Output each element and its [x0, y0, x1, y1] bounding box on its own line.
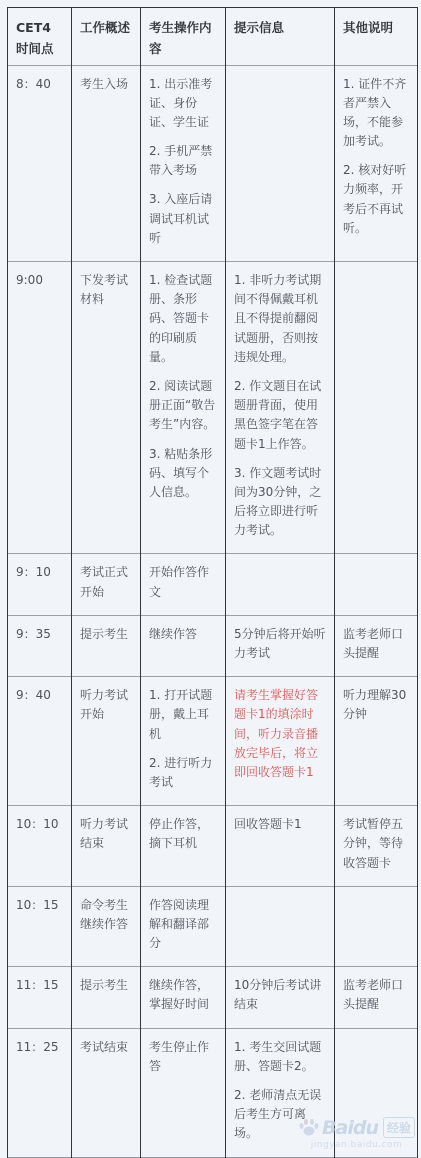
- table-row: 9：10考试正式开始开始作答作文: [8, 554, 418, 615]
- cell-time: 9：35: [8, 615, 72, 676]
- cell-notes: 1. 证件不齐者严禁入场，不能参加考试。2. 核对好听力频率，开考后不再试听。: [335, 65, 418, 262]
- table-row: 9：40听力考试开始1. 打开试题册，戴上耳机2. 进行听力考试请考生掌握好答题…: [8, 677, 418, 806]
- cell-paragraph: 1. 证件不齐者严禁入场，不能参加考试。: [343, 75, 409, 152]
- cell-paragraph: 5分钟后将开始听力考试: [234, 625, 326, 663]
- cell-paragraph: 10分钟后考试讲结束: [234, 976, 326, 1014]
- cell-actions: 1. 出示准考证、身份证、学生证2. 手机严禁带入考场3. 入座后请调试耳机试听: [141, 65, 226, 262]
- cell-prompts: 1. 非听力考试期间不得佩戴耳机且不得提前翻阅试题册，否则按违规处理。2. 作文…: [226, 262, 335, 554]
- cell-paragraph: 1. 非听力考试期间不得佩戴耳机且不得提前翻阅试题册，否则按违规处理。: [234, 271, 326, 367]
- header-overview: 工作概述: [72, 8, 141, 66]
- schedule-table-body: 8：40考生入场1. 出示准考证、身份证、学生证2. 手机严禁带入考场3. 入座…: [8, 65, 418, 1157]
- table-row: 11：15提示考生继续作答，掌握好时间10分钟后考试讲结束监考老师口头提醒: [8, 967, 418, 1028]
- cell-paragraph: 3. 粘贴条形码、填写个人信息。: [149, 445, 217, 503]
- table-row: 10：10听力考试结束停止作答，摘下耳机回收答题卡1考试暂停五分钟，等待收答题卡: [8, 806, 418, 887]
- cell-actions: 1. 检查试题册、条形码、答题卡的印刷质量。2. 阅读试题册正面“敬告考生”内容…: [141, 262, 226, 554]
- cell-paragraph: 监考老师口头提醒: [343, 625, 409, 663]
- cell-paragraph: 考试暂停五分钟，等待收答题卡: [343, 815, 409, 873]
- cell-paragraph: 1. 检查试题册、条形码、答题卡的印刷质量。: [149, 271, 217, 367]
- cell-actions: 停止作答，摘下耳机: [141, 806, 226, 887]
- cell-overview: 听力考试结束: [72, 806, 141, 887]
- cell-paragraph: 2. 手机严禁带入考场: [149, 142, 217, 180]
- table-row: 11：25考试结束考生停止作答1. 考生交回试题册、答题卡2。2. 老师清点无误…: [8, 1028, 418, 1157]
- cell-notes: 监考老师口头提醒: [335, 967, 418, 1028]
- cell-time: 9：40: [8, 677, 72, 806]
- cell-notes: 听力理解30分钟: [335, 677, 418, 806]
- header-actions: 考生操作内容: [141, 8, 226, 66]
- cell-paragraph: 请考生掌握好答题卡1的填涂时间，听力录音播放完毕后，将立即回收答题卡1: [234, 686, 326, 782]
- cell-paragraph: 1. 打开试题册，戴上耳机: [149, 686, 217, 744]
- cell-prompts: [226, 554, 335, 615]
- cell-notes: 考试暂停五分钟，等待收答题卡: [335, 806, 418, 887]
- cell-prompts: 5分钟后将开始听力考试: [226, 615, 335, 676]
- cell-paragraph: 听力理解30分钟: [343, 686, 409, 724]
- table-row: 9：35提示考生继续作答5分钟后将开始听力考试监考老师口头提醒: [8, 615, 418, 676]
- cell-time: 9：10: [8, 554, 72, 615]
- cell-time: 10：10: [8, 806, 72, 887]
- cell-time: 9:00: [8, 262, 72, 554]
- cell-paragraph: 3. 作文题考试时间为30分钟，之后将立即进行听力考试。: [234, 464, 326, 541]
- cell-overview: 考生入场: [72, 65, 141, 262]
- cell-prompts: 请考生掌握好答题卡1的填涂时间，听力录音播放完毕后，将立即回收答题卡1: [226, 677, 335, 806]
- cell-prompts: [226, 65, 335, 262]
- cell-paragraph: 2. 进行听力考试: [149, 754, 217, 792]
- cell-paragraph: 2. 核对好听力频率，开考后不再试听。: [343, 161, 409, 238]
- cell-paragraph: 3. 入座后请调试耳机试听: [149, 190, 217, 248]
- cell-paragraph: 考生停止作答: [149, 1038, 217, 1076]
- cell-notes: [335, 554, 418, 615]
- cell-paragraph: 2. 阅读试题册正面“敬告考生”内容。: [149, 377, 217, 435]
- cell-overview: 考试正式开始: [72, 554, 141, 615]
- cell-overview: 听力考试开始: [72, 677, 141, 806]
- cell-paragraph: 1. 考生交回试题册、答题卡2。: [234, 1038, 326, 1076]
- cell-notes: [335, 1028, 418, 1157]
- cell-paragraph: 2. 作文题目在试题册背面，使用黑色签字笔在答题卡1上作答。: [234, 377, 326, 454]
- header-notes: 其他说明: [335, 8, 418, 66]
- cell-paragraph: 监考老师口头提醒: [343, 976, 409, 1014]
- table-row: 9:00下发考试材料1. 检查试题册、条形码、答题卡的印刷质量。2. 阅读试题册…: [8, 262, 418, 554]
- cell-prompts: 回收答题卡1: [226, 806, 335, 887]
- cell-paragraph: 回收答题卡1: [234, 815, 326, 834]
- cell-time: 8：40: [8, 65, 72, 262]
- table-row: 8：40考生入场1. 出示准考证、身份证、学生证2. 手机严禁带入考场3. 入座…: [8, 65, 418, 262]
- cell-prompts: 10分钟后考试讲结束: [226, 967, 335, 1028]
- cell-notes: 监考老师口头提醒: [335, 615, 418, 676]
- cell-overview: 考试结束: [72, 1028, 141, 1157]
- cell-overview: 提示考生: [72, 615, 141, 676]
- exam-schedule-table: CET4时间点 工作概述 考生操作内容 提示信息 其他说明 8：40考生入场1.…: [7, 7, 418, 1158]
- cell-paragraph: 作答阅读理解和翻译部分: [149, 896, 217, 954]
- table-header-row: CET4时间点 工作概述 考生操作内容 提示信息 其他说明: [8, 8, 418, 66]
- cell-actions: 考生停止作答: [141, 1028, 226, 1157]
- cell-paragraph: 继续作答: [149, 625, 217, 644]
- cell-overview: 下发考试材料: [72, 262, 141, 554]
- cell-time: 11：25: [8, 1028, 72, 1157]
- cell-actions: 继续作答: [141, 615, 226, 676]
- cell-notes: [335, 262, 418, 554]
- cell-actions: 开始作答作文: [141, 554, 226, 615]
- cell-prompts: 1. 考生交回试题册、答题卡2。2. 老师清点无误后考生方可离场。: [226, 1028, 335, 1157]
- cell-time: 11：15: [8, 967, 72, 1028]
- cell-actions: 继续作答，掌握好时间: [141, 967, 226, 1028]
- cell-paragraph: 停止作答，摘下耳机: [149, 815, 217, 853]
- cell-overview: 提示考生: [72, 967, 141, 1028]
- cell-paragraph: 继续作答，掌握好时间: [149, 976, 217, 1014]
- cell-paragraph: 2. 老师清点无误后考生方可离场。: [234, 1086, 326, 1144]
- header-time: CET4时间点: [8, 8, 72, 66]
- cell-paragraph: 开始作答作文: [149, 563, 217, 601]
- cell-paragraph: 1. 出示准考证、身份证、学生证: [149, 75, 217, 133]
- cell-actions: 1. 打开试题册，戴上耳机2. 进行听力考试: [141, 677, 226, 806]
- header-prompts: 提示信息: [226, 8, 335, 66]
- page: CET4时间点 工作概述 考生操作内容 提示信息 其他说明 8：40考生入场1.…: [0, 0, 421, 1158]
